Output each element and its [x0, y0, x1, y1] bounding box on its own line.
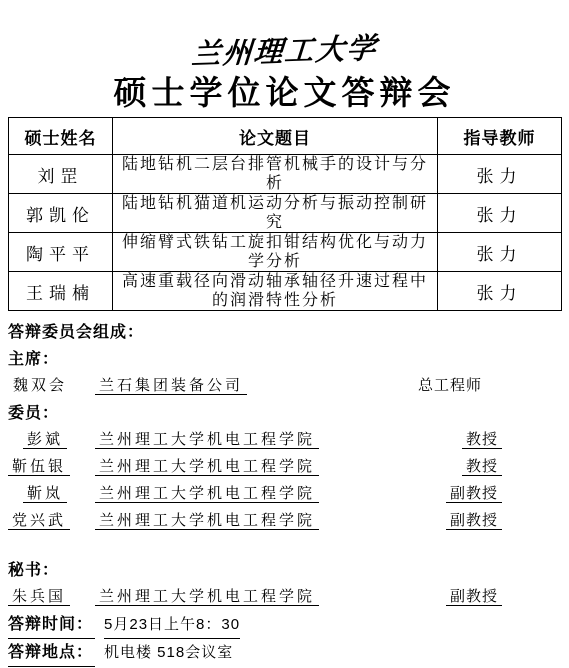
member-name: 党兴武: [8, 508, 67, 535]
member-row: 靳岚 兰州理工大学机电工程学院 副教授: [8, 481, 561, 508]
table-row: 刘罡 陆地钻机二层台排管机械手的设计与分析 张力: [9, 155, 562, 194]
member-title: 副教授: [446, 508, 502, 535]
thesis-title: 伸缩臂式铁钻工旋扣钳结构优化与动力学分析: [113, 233, 438, 272]
member-affiliation: 兰州理工大学机电工程学院: [95, 454, 319, 481]
thesis-title: 陆地钻机猫道机运动分析与振动控制研究: [113, 194, 438, 233]
thesis-title: 高速重载径向滑动轴承轴径升速过程中的润滑特性分析: [113, 272, 438, 311]
member-affiliation: 兰州理工大学机电工程学院: [95, 508, 319, 535]
advisor-name: 张力: [438, 272, 562, 311]
defense-time-row: 答辩时间： 5月23日上午8：30: [8, 611, 561, 639]
defense-location-label: 答辩地点：: [8, 639, 95, 667]
defense-location-row: 答辩地点： 机电楼 518会议室: [8, 639, 561, 667]
committee-section: 答辩委员会组成： 主席： 魏双会 兰石集团装备公司 总工程师 委员： 彭斌 兰州…: [8, 319, 561, 667]
candidate-name: 王瑞楠: [9, 272, 113, 311]
chair-name: 魏双会: [8, 373, 67, 400]
chair-affiliation: 兰石集团装备公司: [95, 373, 247, 400]
column-header-thesis: 论文题目: [113, 118, 438, 155]
candidates-table: 硕士姓名 论文题目 指导教师 刘罡 陆地钻机二层台排管机械手的设计与分析 张力 …: [8, 117, 562, 311]
secretary-title: 副教授: [446, 584, 502, 611]
candidate-name: 陶平平: [9, 233, 113, 272]
table-row: 郭凯伦 陆地钻机猫道机运动分析与振动控制研究 张力: [9, 194, 562, 233]
defense-time-value: 5月23日上午8：30: [104, 611, 240, 639]
secretary-row: 朱兵国 兰州理工大学机电工程学院 副教授: [8, 584, 561, 611]
member-name: 彭斌: [8, 427, 67, 454]
column-header-name: 硕士姓名: [9, 118, 113, 155]
table-header-row: 硕士姓名 论文题目 指导教师: [9, 118, 562, 155]
member-name: 靳伍银: [8, 454, 67, 481]
advisor-name: 张力: [438, 233, 562, 272]
member-title: 副教授: [446, 481, 502, 508]
table-row: 王瑞楠 高速重载径向滑动轴承轴径升速过程中的润滑特性分析 张力: [9, 272, 562, 311]
secretary-name: 朱兵国: [8, 584, 67, 611]
chair-title: 总工程师: [418, 373, 482, 400]
thesis-title: 陆地钻机二层台排管机械手的设计与分析: [113, 155, 438, 194]
member-name: 靳岚: [8, 481, 67, 508]
candidate-name: 郭凯伦: [9, 194, 113, 233]
member-affiliation: 兰州理工大学机电工程学院: [95, 427, 319, 454]
advisor-name: 张力: [438, 194, 562, 233]
chair-row: 魏双会 兰石集团装备公司 总工程师: [8, 373, 561, 400]
member-row: 彭斌 兰州理工大学机电工程学院 教授: [8, 427, 561, 454]
members-heading: 委员：: [8, 400, 561, 427]
defense-location-value: 机电楼 518会议室: [104, 639, 233, 666]
member-affiliation: 兰州理工大学机电工程学院: [95, 481, 319, 508]
table-row: 陶平平 伸缩臂式铁钻工旋扣钳结构优化与动力学分析 张力: [9, 233, 562, 272]
chair-heading: 主席：: [8, 346, 561, 373]
advisor-name: 张力: [438, 155, 562, 194]
column-header-advisor: 指导教师: [438, 118, 562, 155]
candidate-name: 刘罡: [9, 155, 113, 194]
defense-time-label: 答辩时间：: [8, 611, 95, 639]
document-page: 兰州理工大学 硕士学位论文答辩会 硕士姓名 论文题目 指导教师 刘罡 陆地钻机二…: [0, 0, 569, 668]
member-title: 教授: [462, 454, 502, 481]
secretary-affiliation: 兰州理工大学机电工程学院: [95, 584, 319, 611]
member-row: 靳伍银 兰州理工大学机电工程学院 教授: [8, 454, 561, 481]
member-row: 党兴武 兰州理工大学机电工程学院 副教授: [8, 508, 561, 535]
member-title: 教授: [462, 427, 502, 454]
committee-heading: 答辩委员会组成：: [8, 319, 561, 346]
secretary-heading: 秘书：: [8, 557, 561, 584]
